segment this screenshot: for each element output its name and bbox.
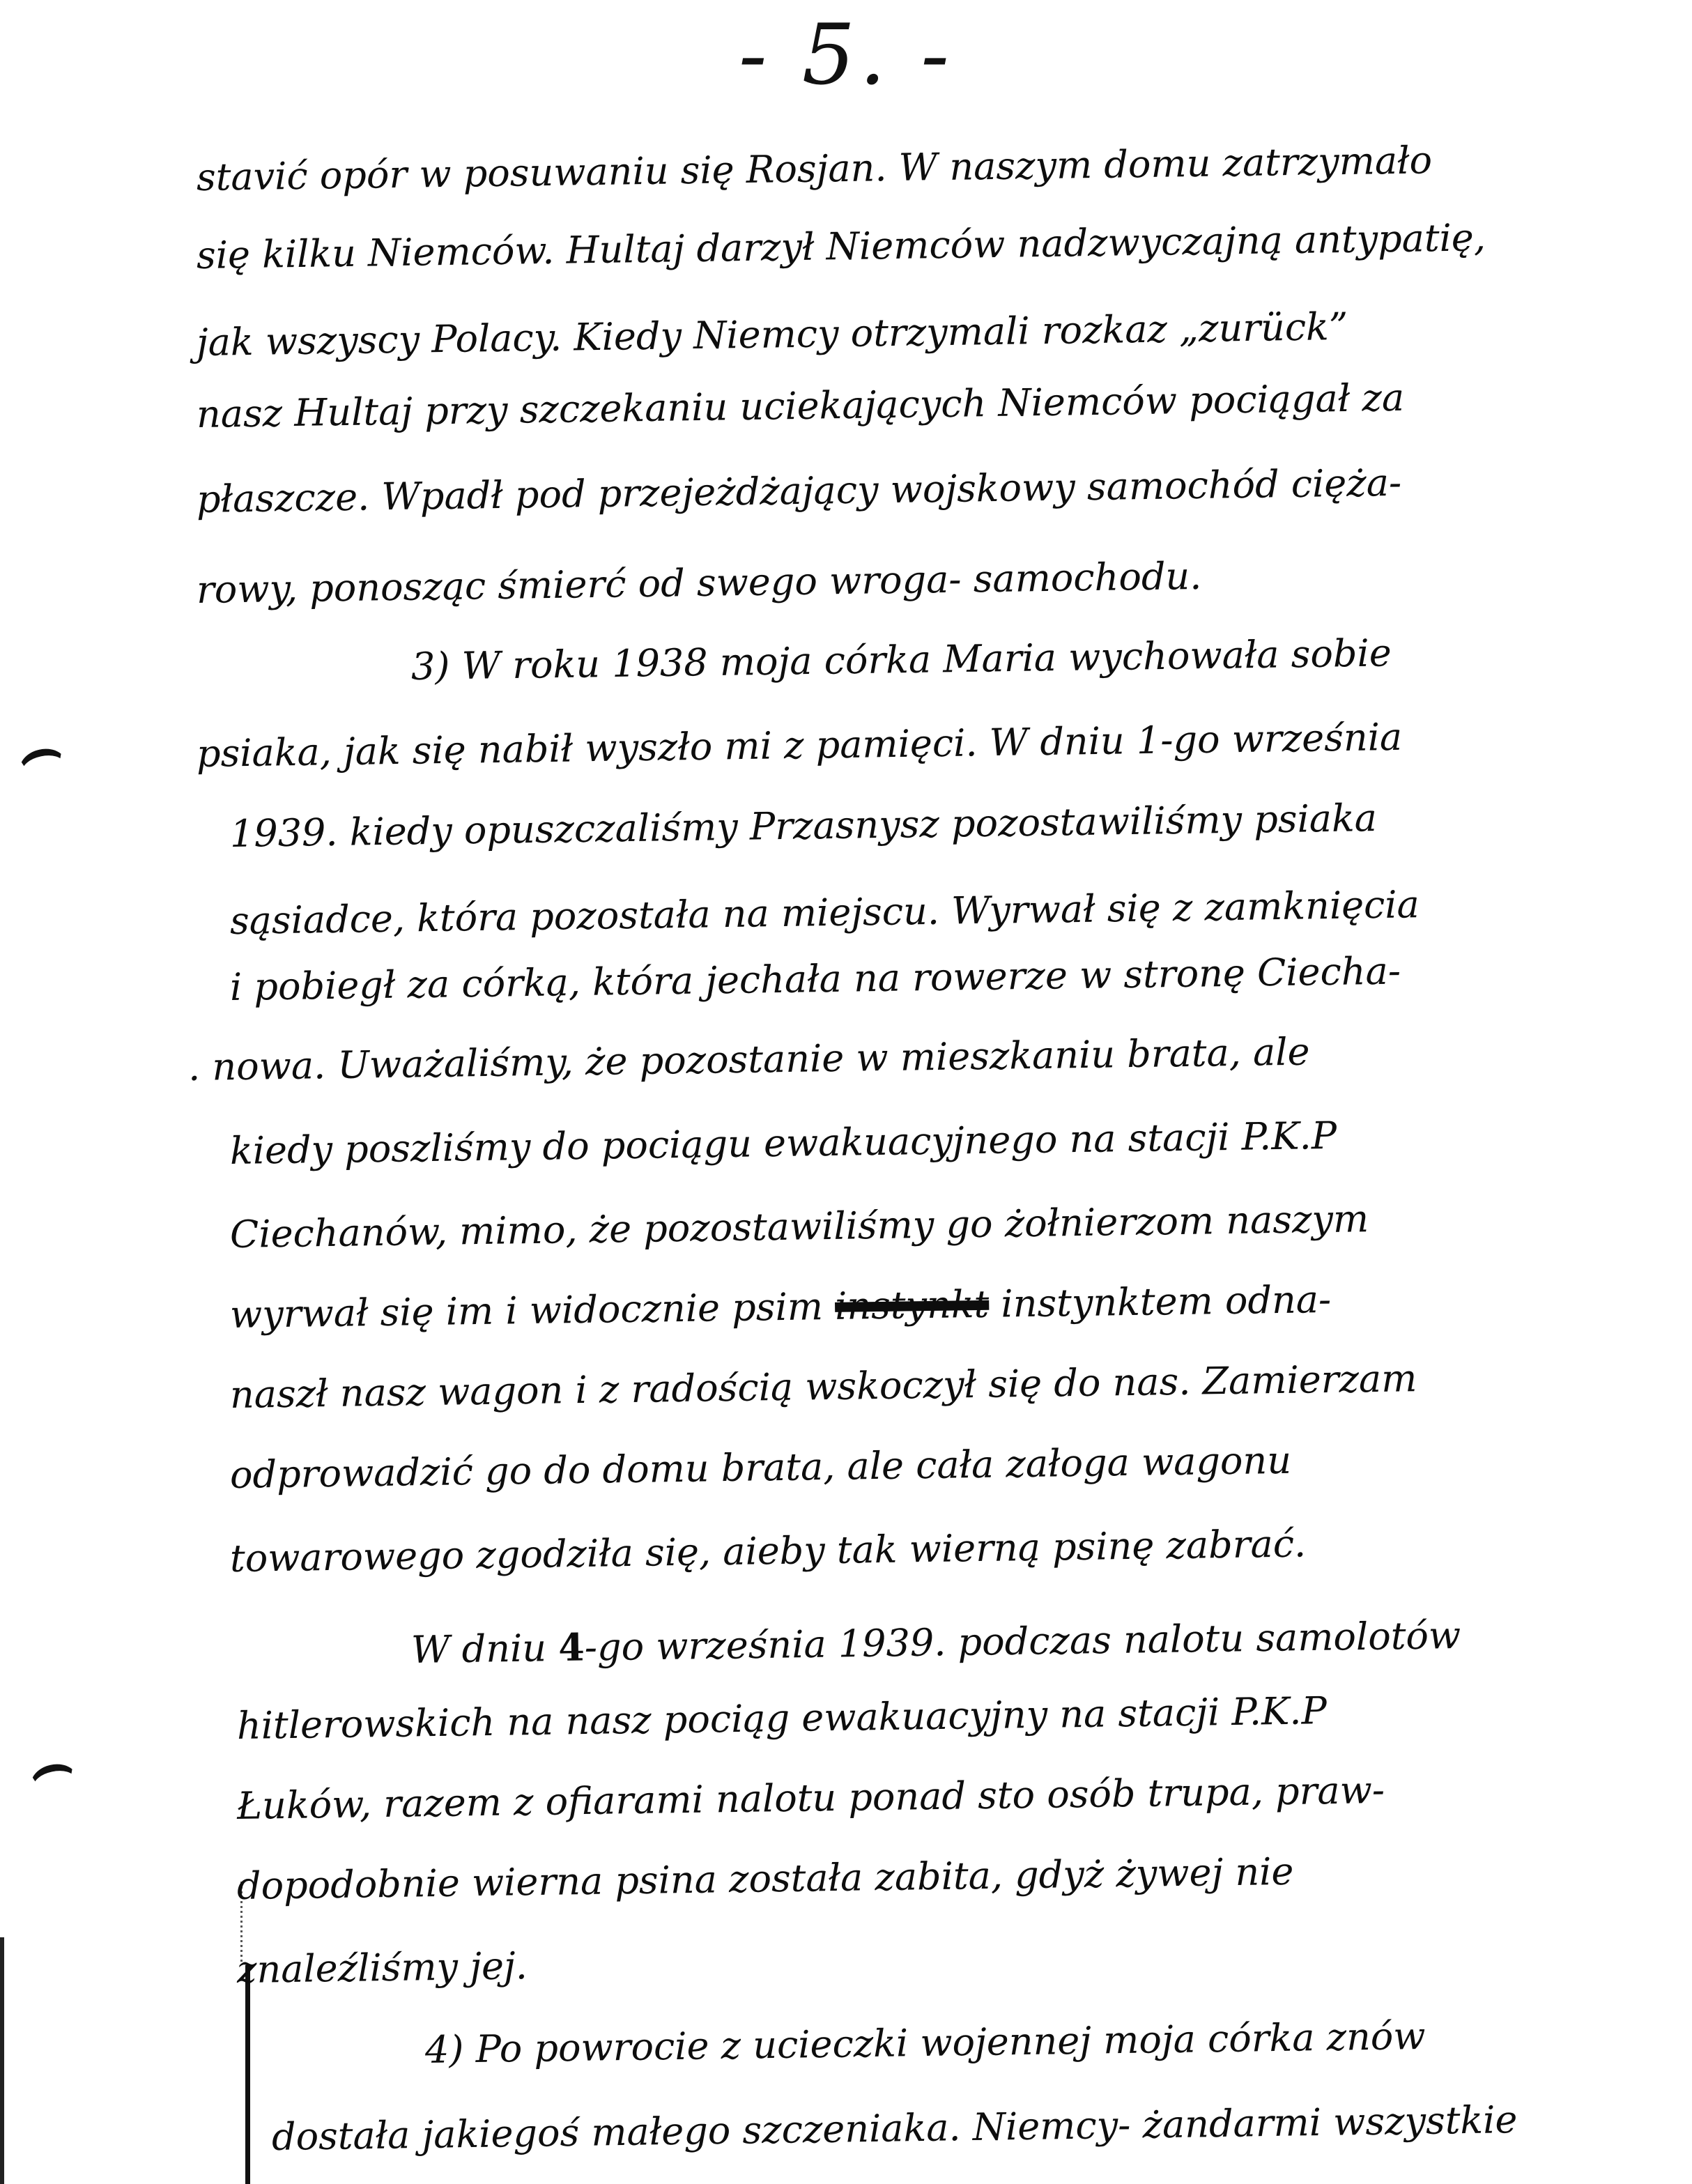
text-line-19-prefix: W dniu bbox=[411, 1626, 547, 1672]
text-line-22: dopodobnie wierna psina została zabita, … bbox=[237, 1853, 1294, 1905]
text-line-13: kiedy poszliśmy do pociągu ewakuacyjnego… bbox=[230, 1117, 1337, 1170]
text-line-15: wyrwał się im i widocznie psim instynkt … bbox=[230, 1281, 1332, 1334]
text-line-6: rowy, ponosząc śmierć od swego wroga- sa… bbox=[197, 557, 1202, 609]
text-line-18: towarowego zgodziła się, aieby tak wiern… bbox=[230, 1525, 1307, 1578]
text-line-19-rest: -go września 1939. podczas nalotu samolo… bbox=[584, 1613, 1461, 1670]
text-line-11: i pobiegł za córką, która jechała na row… bbox=[230, 953, 1401, 1006]
page-edge-shadow bbox=[0, 1937, 4, 2184]
text-line-14: Ciechanów, mimo, że pozostawiliśmy go żo… bbox=[230, 1200, 1369, 1254]
text-line-15-start: wyrwał się im i widocznie psim bbox=[230, 1284, 824, 1337]
text-line-8: psiaka, jak się nabił wyszło mi z pamięc… bbox=[197, 718, 1403, 773]
text-line-23: znaleźliśmy jej. bbox=[237, 1947, 528, 1989]
margin-line bbox=[245, 1965, 250, 2184]
text-line-7: 3) W roku 1938 moja córka Maria wychował… bbox=[411, 634, 1392, 686]
crossed-out-word: instynkt bbox=[835, 1282, 990, 1328]
punch-hole-lower bbox=[27, 1760, 81, 1805]
text-line-5: płaszcze. Wpadł pod przejeżdżający wojsk… bbox=[197, 464, 1402, 518]
page-number: - 5. - bbox=[739, 7, 953, 104]
punch-hole-upper bbox=[16, 744, 70, 790]
text-line-4: nasz Hultaj przy szczekaniu uciekających… bbox=[197, 379, 1405, 433]
text-line-1: stavić opór w posuwaniu się Rosjan. W na… bbox=[197, 141, 1433, 197]
text-line-16: naszł nasz wagon i z radością wskoczył s… bbox=[230, 1360, 1417, 1414]
scanned-page: - 5. - stavić opór w posuwaniu się Rosja… bbox=[0, 0, 1692, 2184]
text-line-2: się kilku Niemców. Hultaj darzył Niemców… bbox=[197, 219, 1486, 275]
text-line-21: Łuków, razem z ofiarami nalotu ponad sto… bbox=[237, 1771, 1385, 1825]
text-line-25: dostała jakiegoś małego szczeniaka. Niem… bbox=[272, 2101, 1518, 2156]
text-line-3: jak wszyscy Polacy. Kiedy Niemcy otrzyma… bbox=[197, 308, 1348, 362]
text-line-15-end: instynktem odna- bbox=[1001, 1277, 1332, 1326]
text-line-12: . nowa. Uważaliśmy, że pozostanie w mies… bbox=[188, 1033, 1310, 1086]
text-line-19: W dniu 4-go września 1939. podczas nalot… bbox=[411, 1616, 1461, 1669]
text-line-9: 1939. kiedy opuszczaliśmy Przasnysz pozo… bbox=[230, 799, 1378, 853]
text-line-24: 4) Po powrocie z ucieczki wojennej moja … bbox=[425, 2017, 1426, 2069]
day-number-bold: 4 bbox=[558, 1625, 585, 1670]
text-line-17: odprowadzić go do domu brata, ale cała z… bbox=[230, 1442, 1292, 1494]
text-line-20: hitlerowskich na nasz pociąg ewakuacyjny… bbox=[237, 1692, 1328, 1745]
text-line-10: sąsiadce, która pozostała na miejscu. Wy… bbox=[230, 886, 1420, 940]
